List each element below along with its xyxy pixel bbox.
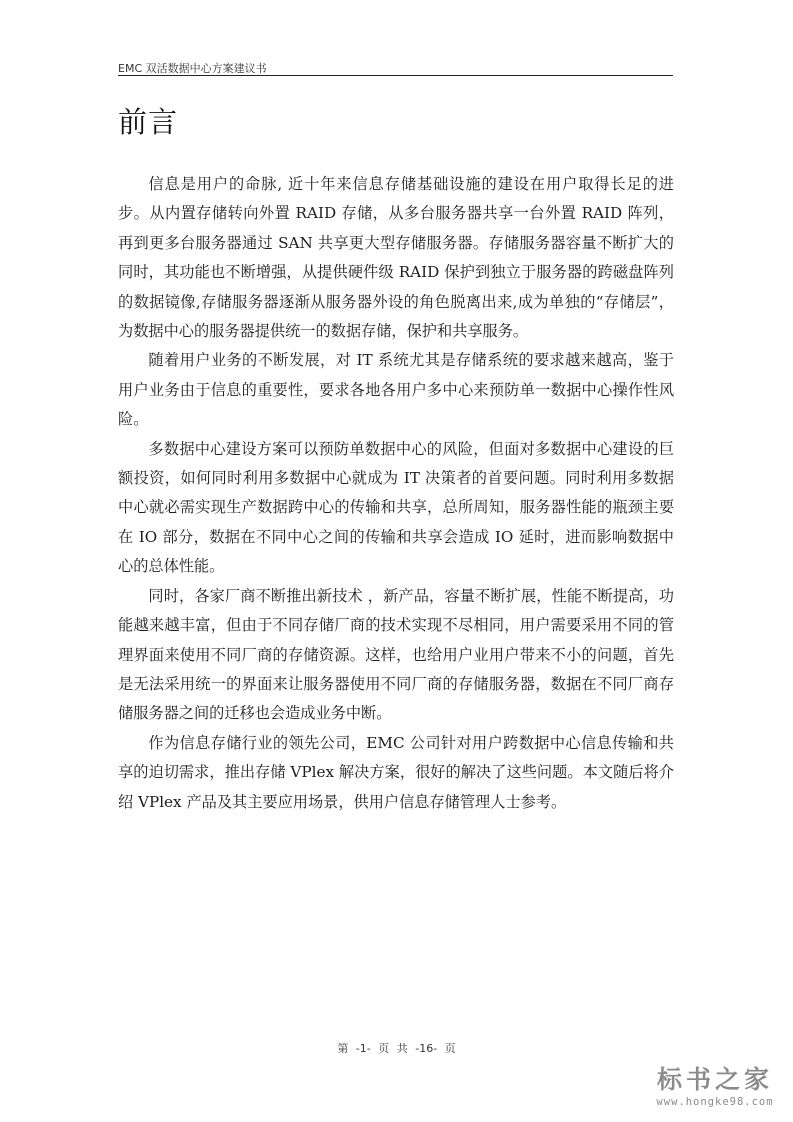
page-number: 第 -1- 页 共 -16- 页 (337, 1042, 455, 1055)
page-footer: 第 -1- 页 共 -16- 页 (0, 1040, 793, 1056)
paragraph: 多数据中心建设方案可以预防单数据中心的风险，但面对多数据中心建设的巨额投资，如何… (118, 435, 674, 582)
paragraph: 同时，各家厂商不断推出新技术 ，新产品，容量不断扩展，性能不断提高，功能越来越丰… (118, 582, 674, 729)
page-header: EMC 双活数据中心方案建议书 (118, 57, 673, 76)
page-title: 前言 (118, 102, 178, 142)
watermark-brand: 标书之家 (640, 1065, 790, 1095)
watermark-url: www.hongke98.com (640, 1095, 790, 1109)
paragraph: 随着用户业务的不断发展，对 IT 系统尤其是存储系统的要求越来越高，鉴于用户业务… (118, 346, 674, 434)
document-title: EMC 双活数据中心方案建议书 (118, 62, 267, 75)
paragraph: 作为信息存储行业的领先公司，EMC 公司针对用户跨数据中心信息传输和共享的迫切需… (118, 729, 674, 817)
document-body: 信息是用户的命脉, 近十年来信息存储基础设施的建设在用户取得长足的进步。从内置存… (118, 170, 674, 817)
paragraph: 信息是用户的命脉, 近十年来信息存储基础设施的建设在用户取得长足的进步。从内置存… (118, 170, 674, 346)
watermark: 标书之家 www.hongke98.com (640, 1065, 790, 1109)
